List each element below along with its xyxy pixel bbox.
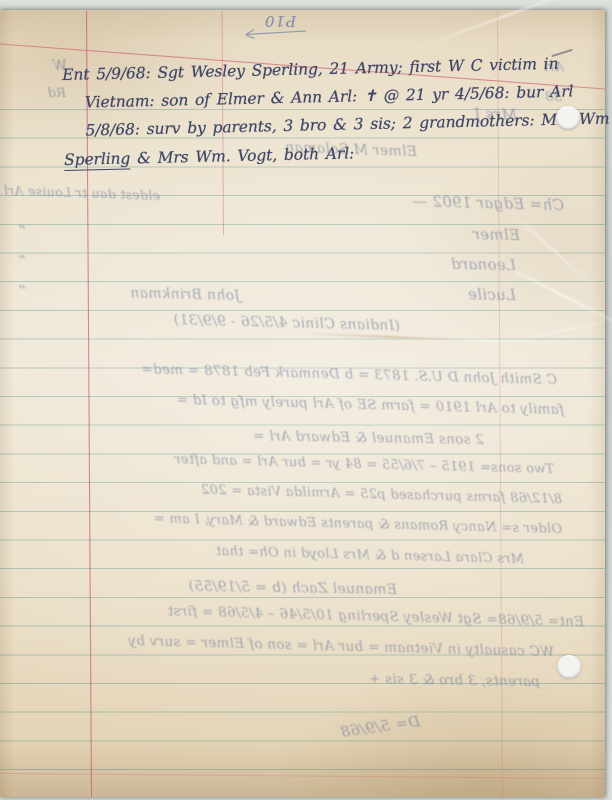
punch-hole-top bbox=[556, 106, 580, 130]
underlined-surname: Sperling bbox=[64, 149, 131, 170]
scanner-background: { "colors": { "paper": "#ece2cc", "ink":… bbox=[0, 0, 612, 800]
handwritten-note: Ent 5/9/68: Sgt Wesley Sperling, 21 Army… bbox=[0, 0, 612, 241]
note-line-1: Ent 5/9/68: Sgt Wesley Sperling, 21 Army… bbox=[62, 55, 559, 84]
note-line-4: Sperling & Mrs Wm. Vogt, both Arl: bbox=[64, 144, 354, 169]
scanned-page-canvas: WRdArl38Mrs JElmer M SalamanCh= Edgar 19… bbox=[0, 0, 612, 800]
note-line-3: 5/8/68: surv by parents, 3 bro & 3 sis; … bbox=[85, 110, 609, 140]
punch-hole-bottom bbox=[557, 655, 581, 679]
note-line-4-rest: & Mrs Wm. Vogt, both Arl: bbox=[130, 144, 354, 167]
note-line-2: Vietnam: son of Elmer & Ann Arl: ✝ @ 21 … bbox=[85, 82, 574, 111]
